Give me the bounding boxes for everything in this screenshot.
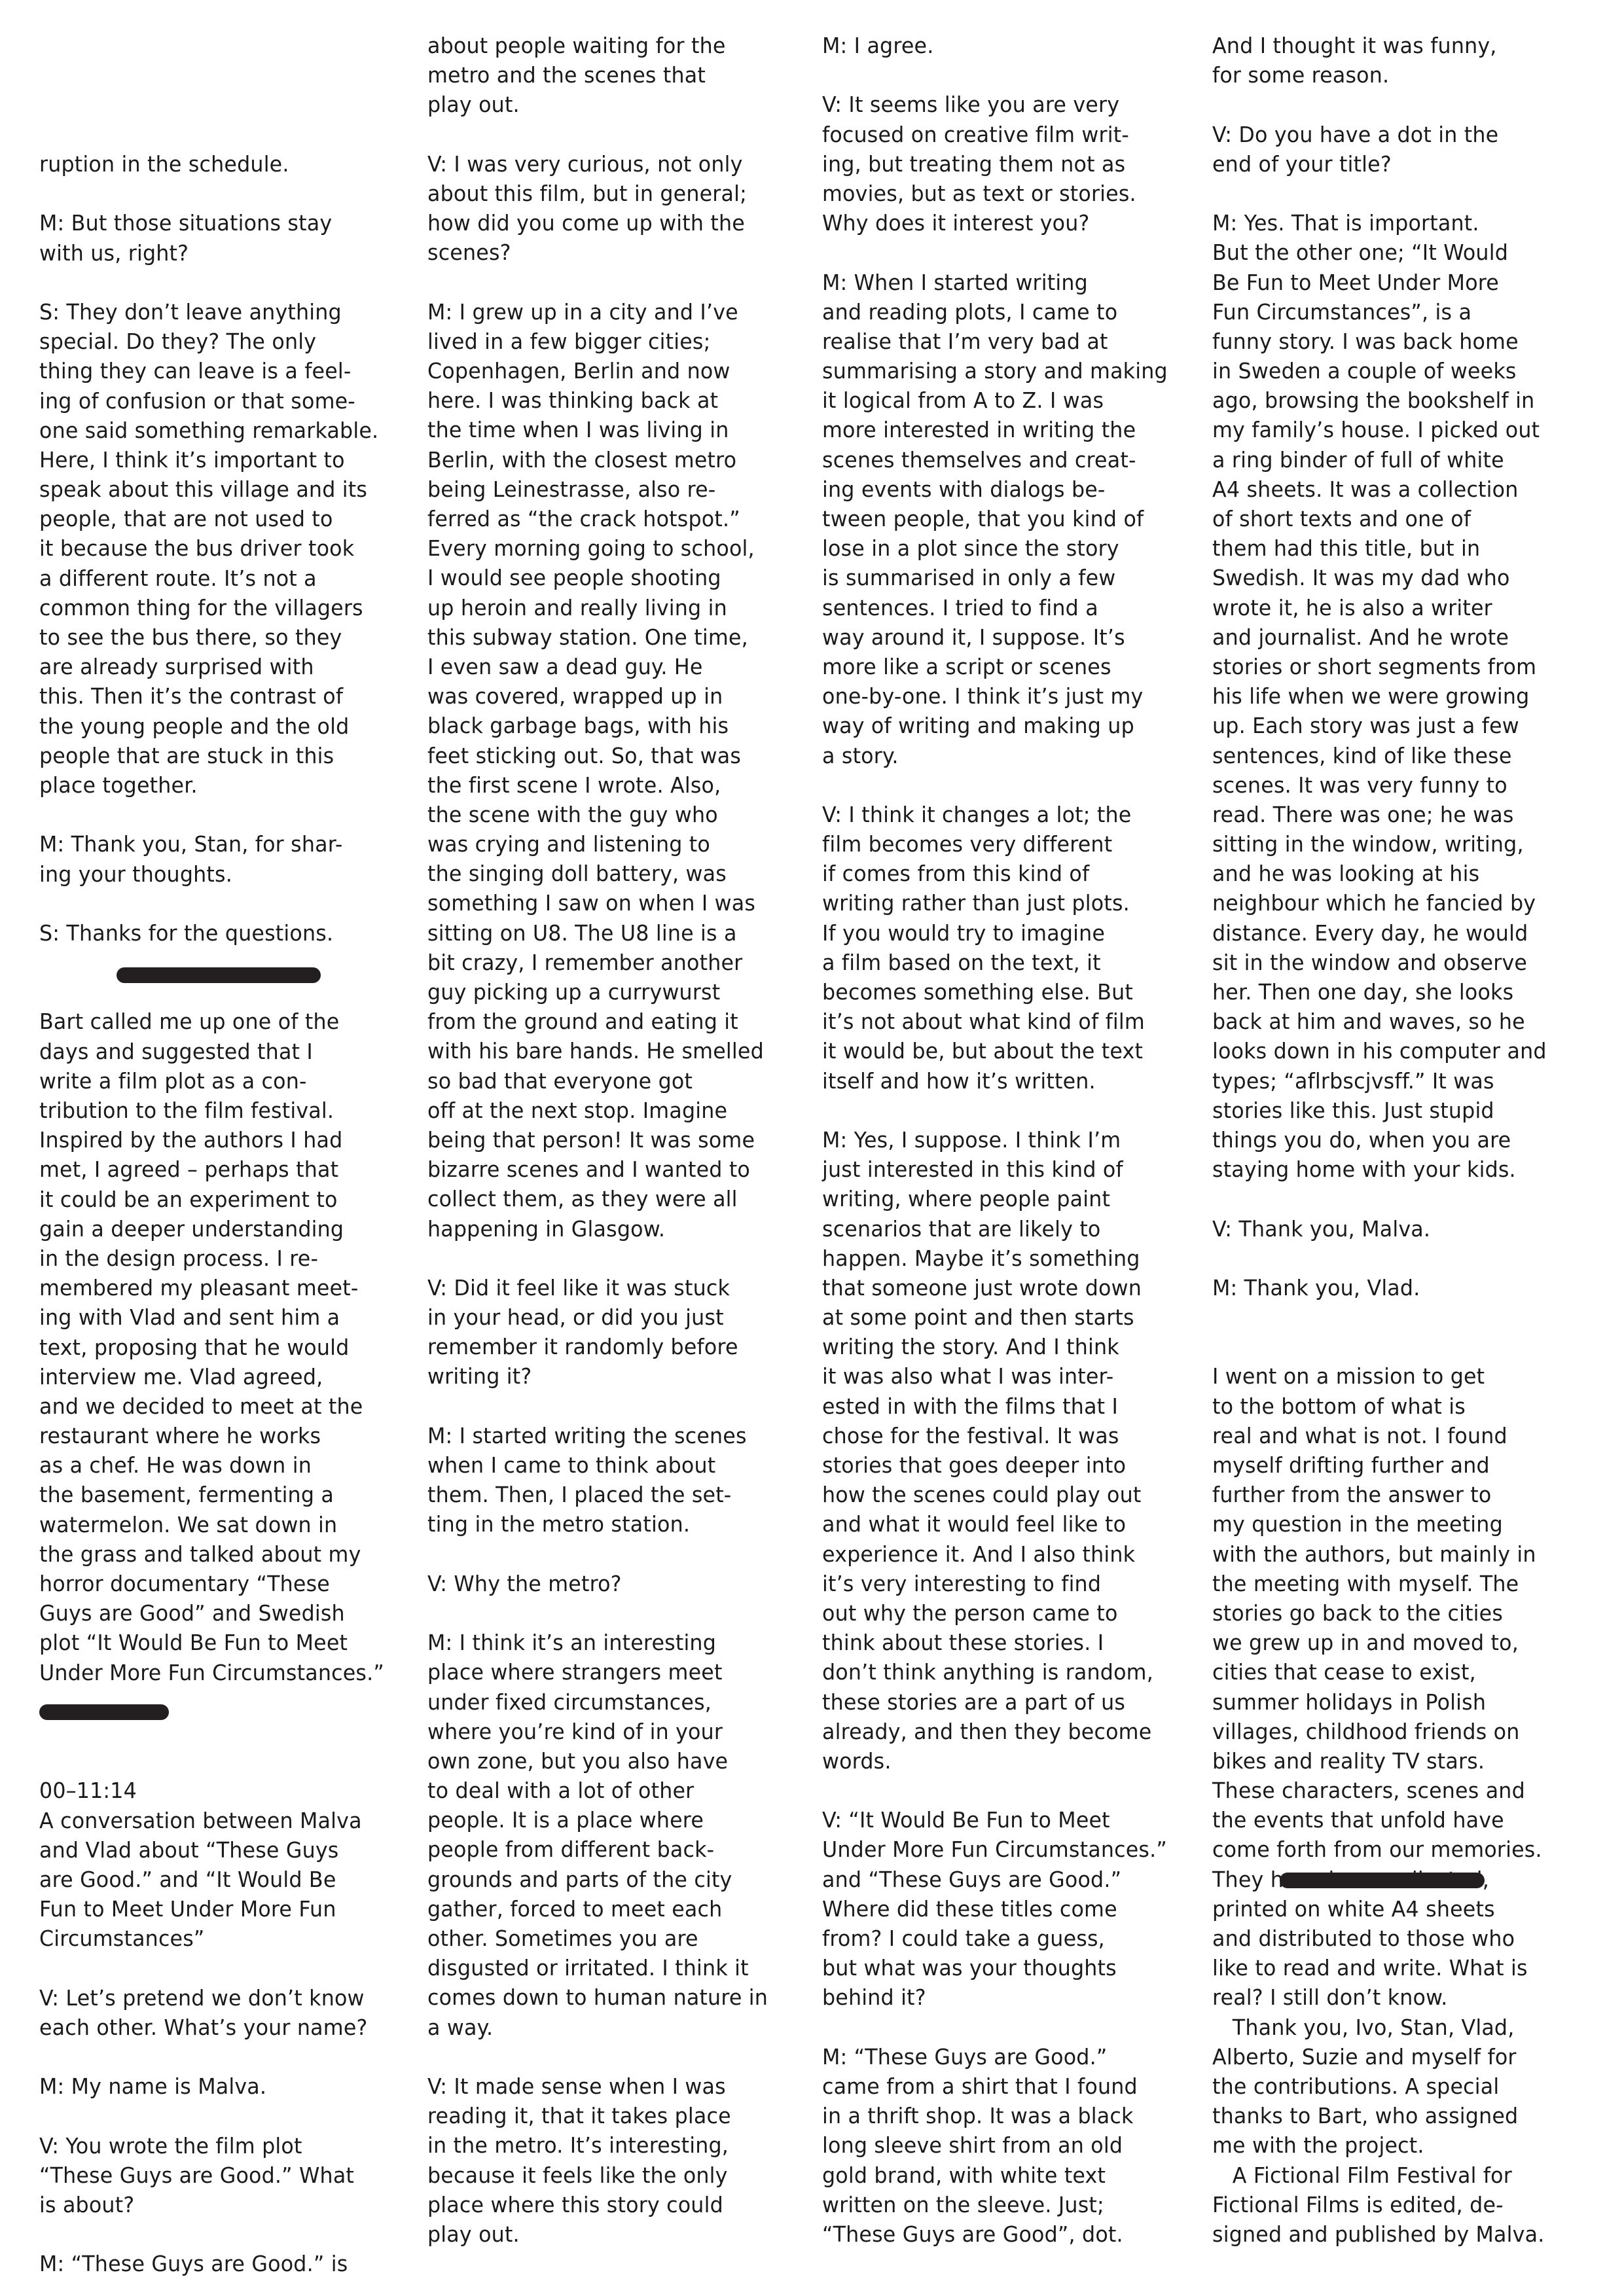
text-line: summer holidays in Polish — [1212, 1687, 1577, 1717]
text-line: happening in Glasgow. — [427, 1214, 792, 1244]
text-line: just interested in this kind of — [822, 1155, 1187, 1184]
blank-line — [1212, 90, 1577, 119]
text-line: realise that I’m very bad at — [822, 327, 1187, 356]
text-line: being Leinestrasse, also re- — [427, 475, 792, 504]
text-line: M: Thank you, Stan, for shar- — [39, 829, 404, 859]
text-line: I went on a mission to get — [1212, 1361, 1577, 1391]
text-line: when I came to think about — [427, 1450, 792, 1480]
text-line: how the scenes could play out — [822, 1480, 1187, 1509]
text-line: “These Guys are Good.” What — [39, 2161, 404, 2190]
section-divider-bar — [117, 967, 321, 983]
text-line: cities that cease to exist, — [1212, 1657, 1577, 1687]
printed-page: ruption in the schedule.M: But those sit… — [0, 0, 1624, 2296]
text-line: reading it, that it takes place — [427, 2101, 792, 2130]
text-line: with the authors, but mainly in — [1212, 1539, 1577, 1569]
text-line: place together. — [39, 770, 404, 800]
text-line: me with the project. — [1212, 2130, 1577, 2160]
text-line: M: I agree. — [822, 31, 1187, 60]
text-line: the basement, fermenting a — [39, 1480, 404, 1509]
section-divider-bar — [1280, 1873, 1485, 1888]
blank-line — [1212, 1244, 1577, 1273]
text-line: in the design process. I re- — [39, 1244, 404, 1273]
text-line: focused on creative film writ- — [822, 120, 1187, 149]
text-line: sit in the window and observe — [1212, 948, 1577, 977]
text-line: to the bottom of what is — [1212, 1391, 1577, 1421]
text-line: gold brand, with white text — [822, 2161, 1187, 2190]
text-line: thing they can leave is a feel- — [39, 356, 404, 386]
blank-line — [427, 268, 792, 297]
text-line: black garbage bags, with his — [427, 711, 792, 740]
text-column-2: about people waiting for themetro and th… — [427, 31, 807, 2249]
text-line: V: Why the metro? — [427, 1569, 792, 1598]
text-line: a way. — [427, 2013, 792, 2042]
text-line: way of writing and making up — [822, 711, 1187, 740]
text-line: at some point and then starts — [822, 1302, 1187, 1332]
text-line: and Vlad about “These Guys — [39, 1835, 404, 1865]
text-line: scenes. It was very funny to — [1212, 770, 1577, 800]
section-divider-bar — [39, 1704, 169, 1720]
text-line: play out. — [427, 90, 792, 119]
text-line: already, and then they become — [822, 1717, 1187, 1746]
text-line: in your head, or did you just — [427, 1302, 792, 1332]
text-line: because it feels like the only — [427, 2161, 792, 2190]
text-line: up. Each story was just a few — [1212, 711, 1577, 740]
text-line: interview me. Vlad agreed, — [39, 1362, 404, 1391]
text-line: Alberto, Suzie and myself for — [1212, 2042, 1577, 2072]
text-line: M: When I started writing — [822, 268, 1187, 297]
text-line: as a chef. He was down in — [39, 1450, 404, 1480]
text-line: with his bare hands. He smelled — [427, 1036, 792, 1066]
text-line: Inspired by the authors I had — [39, 1125, 404, 1155]
text-line: don’t think anything is random, — [822, 1657, 1187, 1687]
text-line: the singing doll battery, was — [427, 859, 792, 888]
text-line: speak about this village and its — [39, 475, 404, 504]
text-line: text, proposing that he would — [39, 1333, 404, 1362]
text-line: a film based on the text, it — [822, 948, 1187, 977]
text-line: a story. — [822, 741, 1187, 770]
text-line: the first scene I wrote. Also, — [427, 770, 792, 800]
text-line: my family’s house. I picked out — [1212, 415, 1577, 444]
text-line: M: I think it’s an interesting — [427, 1628, 792, 1657]
text-line: and reading plots, I came to — [822, 297, 1187, 327]
text-line: scenarios that are likely to — [822, 1214, 1187, 1244]
text-line: “These Guys are Good”, dot. — [822, 2219, 1187, 2249]
text-line: M: But those situations stay — [39, 208, 404, 238]
text-line: gather, forced to meet each — [427, 1894, 792, 1924]
text-line: Every morning going to school, — [427, 533, 792, 563]
text-line: out why the person came to — [822, 1598, 1187, 1628]
text-line: this. Then it’s the contrast of — [39, 681, 404, 711]
text-line: Circumstances” — [39, 1924, 404, 1953]
text-line: her. Then one day, she looks — [1212, 977, 1577, 1007]
text-line: thanks to Bart, who assigned — [1212, 2101, 1577, 2130]
text-line: is summarised in only a few — [822, 563, 1187, 592]
text-line: M: I started writing the scenes — [427, 1421, 792, 1450]
text-line: the grass and talked about my — [39, 1539, 404, 1569]
text-line: so bad that everyone got — [427, 1066, 792, 1096]
text-line: printed on white A4 sheets — [1212, 1894, 1577, 1924]
text-line: M: Yes. That is important. — [1212, 208, 1577, 238]
text-line: bit crazy, I remember another — [427, 948, 792, 977]
text-line: M: “These Guys are Good.” is — [39, 2249, 404, 2278]
text-line: V: “It Would Be Fun to Meet — [822, 1805, 1187, 1835]
text-line: something I saw on when I was — [427, 888, 792, 918]
text-line: S: Thanks for the questions. — [39, 918, 404, 948]
blank-line — [39, 800, 404, 829]
text-line: own zone, but you also have — [427, 1746, 792, 1776]
text-line: writing it? — [427, 1361, 792, 1391]
text-line: M: I grew up in a city and I’ve — [427, 297, 792, 327]
text-line: my question in the meeting — [1212, 1509, 1577, 1539]
text-line: people, that are not used to — [39, 504, 404, 533]
blank-line — [822, 2013, 1187, 2042]
text-line: collect them, as they were all — [427, 1184, 792, 1213]
text-line: off at the next stop. Imagine — [427, 1096, 792, 1125]
text-line: and distributed to those who — [1212, 1924, 1577, 1953]
text-line: to deal with a lot of other — [427, 1776, 792, 1805]
text-line: way around it, I suppose. It’s — [822, 622, 1187, 652]
text-line: wrote it, he is also a writer — [1212, 593, 1577, 622]
text-line: S: They don’t leave anything — [39, 297, 404, 327]
text-line: But the other one; “It Would — [1212, 238, 1577, 267]
text-line: ruption in the schedule. — [39, 149, 404, 179]
text-line: watermelon. We sat down in — [39, 1510, 404, 1539]
text-line: and “These Guys are Good.” — [822, 1865, 1187, 1894]
text-line: bikes and reality TV stars. — [1212, 1746, 1577, 1776]
text-line: lived in a few bigger cities; — [427, 327, 792, 356]
text-line: M: My name is Malva. — [39, 2072, 404, 2101]
text-line: movies, but as text or stories. — [822, 179, 1187, 208]
blank-line — [427, 1598, 792, 1628]
text-line: feet sticking out. So, that was — [427, 741, 792, 770]
text-line: V: Thank you, Malva. — [1212, 1214, 1577, 1244]
text-line: back at him and waves, so he — [1212, 1007, 1577, 1036]
text-line: A conversation between Malva — [39, 1806, 404, 1835]
text-line: think about these stories. I — [822, 1628, 1187, 1657]
text-line: play out. — [427, 2219, 792, 2249]
text-line: ago, browsing the bookshelf in — [1212, 386, 1577, 415]
text-line: real and what is not. I found — [1212, 1421, 1577, 1450]
text-line: stories like this. Just stupid — [1212, 1096, 1577, 1125]
text-line: ting in the metro station. — [427, 1509, 792, 1539]
text-line: came from a shirt that I found — [822, 2072, 1187, 2101]
blank-line — [822, 770, 1187, 800]
text-line: like to read and write. What is — [1212, 1953, 1577, 1982]
text-line: neighbour which he fancied by — [1212, 888, 1577, 918]
text-line: come forth from our memories. — [1212, 1835, 1577, 1864]
text-line: each other. What’s your name? — [39, 2013, 404, 2042]
text-line: V: I think it changes a lot; the — [822, 800, 1187, 829]
text-column-1: ruption in the schedule.M: But those sit… — [39, 149, 419, 2279]
text-line: chose for the festival. It was — [822, 1421, 1187, 1450]
text-line: further from the answer to — [1212, 1480, 1577, 1509]
text-line: a ring binder of full of white — [1212, 445, 1577, 475]
text-line: this subway station. One time, — [427, 622, 792, 652]
text-line: behind it? — [822, 1982, 1187, 2012]
blank-line — [1212, 1184, 1577, 1213]
text-line: it logical from A to Z. I was — [822, 386, 1187, 415]
text-line: Where did these titles come — [822, 1894, 1187, 1924]
text-line: common thing for the villagers — [39, 593, 404, 622]
text-line: sentences, kind of like these — [1212, 741, 1577, 770]
text-line: with us, right? — [39, 238, 404, 268]
text-line: them. Then, I placed the set- — [427, 1480, 792, 1509]
text-line: them had this title, but in — [1212, 533, 1577, 563]
text-line: If you would try to imagine — [822, 918, 1187, 948]
text-line: about this film, but in general; — [427, 179, 792, 208]
text-line: myself drifting further and — [1212, 1450, 1577, 1480]
text-line: the events that unfold have — [1212, 1805, 1577, 1835]
text-line: how did you come up with the — [427, 208, 792, 238]
blank-line — [427, 2042, 792, 2072]
text-line: membered my pleasant meet- — [39, 1273, 404, 1302]
text-line: the time when I was living in — [427, 415, 792, 444]
text-line: V: It made sense when I was — [427, 2072, 792, 2101]
text-line: being that person! It was some — [427, 1125, 792, 1155]
text-line: was crying and listening to — [427, 829, 792, 859]
text-line: ing, but treating them not as — [822, 149, 1187, 179]
blank-line — [1212, 1332, 1577, 1361]
text-line: ing of confusion or that some- — [39, 386, 404, 416]
text-line: experience it. And I also think — [822, 1539, 1187, 1569]
text-line: writing, where people paint — [822, 1184, 1187, 1213]
text-line: up heroin and really living in — [427, 593, 792, 622]
text-line: stories or short segments from — [1212, 652, 1577, 681]
blank-line — [822, 1096, 1187, 1125]
text-line: place where this story could — [427, 2190, 792, 2219]
text-line: scenes? — [427, 238, 792, 267]
text-line: tribution to the film festival. — [39, 1096, 404, 1125]
blank-line — [39, 1717, 404, 1746]
text-line: things you do, when you are — [1212, 1125, 1577, 1155]
text-line: tween people, that you kind of — [822, 504, 1187, 533]
text-line: bizarre scenes and I wanted to — [427, 1155, 792, 1184]
text-line: special. Do they? The only — [39, 327, 404, 356]
text-line: real? I still don’t know. — [1212, 1982, 1577, 2012]
text-line: it was also what I was inter- — [822, 1361, 1187, 1391]
text-line: metro and the scenes that — [427, 60, 792, 90]
text-line: it’s not about what kind of film — [822, 1007, 1187, 1036]
text-line: met, I agreed – perhaps that — [39, 1155, 404, 1184]
text-line: A Fictional Film Festival for — [1212, 2161, 1577, 2190]
text-line: grounds and parts of the city — [427, 1865, 792, 1894]
text-line: Why does it interest you? — [822, 208, 1187, 238]
text-line: Fictional Films is edited, de- — [1212, 2190, 1577, 2219]
text-line: write a film plot as a con- — [39, 1066, 404, 1096]
text-line: the young people and the old — [39, 711, 404, 741]
text-line: V: You wrote the film plot — [39, 2131, 404, 2161]
text-line: scenes themselves and creat- — [822, 445, 1187, 475]
blank-line — [427, 1539, 792, 1569]
blank-line — [39, 268, 404, 297]
text-line: and what it would feel like to — [822, 1509, 1187, 1539]
text-line: in a thrift shop. It was a black — [822, 2101, 1187, 2130]
text-line: in Sweden a couple of weeks — [1212, 356, 1577, 386]
text-line: of short texts and one of — [1212, 504, 1577, 533]
blank-line — [427, 1244, 792, 1273]
text-line: stories go back to the cities — [1212, 1598, 1577, 1628]
text-line: plot “It Would Be Fun to Meet — [39, 1628, 404, 1657]
text-line: A4 sheets. It was a collection — [1212, 475, 1577, 504]
text-line: V: It seems like you are very — [822, 90, 1187, 119]
text-line: sitting on U8. The U8 line is a — [427, 918, 792, 948]
text-line: horror documentary “These — [39, 1569, 404, 1598]
text-line: read. There was one; he was — [1212, 800, 1577, 829]
text-line: These characters, scenes and — [1212, 1776, 1577, 1805]
text-line: long sleeve shirt from an old — [822, 2130, 1187, 2160]
text-line: stories that goes deeper into — [822, 1450, 1187, 1480]
text-line: villages, childhood friends on — [1212, 1717, 1577, 1746]
text-line: writing the story. And I think — [822, 1332, 1187, 1361]
text-column-4: And I thought it was funny,for some reas… — [1212, 31, 1592, 2249]
text-line: types; “aflrbscjvsff.” It was — [1212, 1066, 1577, 1096]
blank-line — [39, 889, 404, 918]
text-line: to see the bus there, so they — [39, 622, 404, 652]
text-line: guy picking up a currywurst — [427, 977, 792, 1007]
text-line: and journalist. And he wrote — [1212, 622, 1577, 652]
text-line: signed and published by Malva. — [1212, 2219, 1577, 2249]
text-line: Under More Fun Circumstances.” — [39, 1658, 404, 1687]
blank-line — [39, 179, 404, 208]
text-line: remember it randomly before — [427, 1332, 792, 1361]
text-line: more interested in writing the — [822, 415, 1187, 444]
text-line: M: Yes, I suppose. I think I’m — [822, 1125, 1187, 1155]
text-line: words. — [822, 1746, 1187, 1776]
text-line: Swedish. It was my dad who — [1212, 563, 1577, 592]
text-line: people that are stuck in this — [39, 741, 404, 770]
text-line: summarising a story and making — [822, 356, 1187, 386]
text-line: Thank you, Ivo, Stan, Vlad, — [1212, 2013, 1577, 2042]
text-line: here. I was thinking back at — [427, 386, 792, 415]
text-line: are already surprised with — [39, 652, 404, 681]
text-line: that someone just wrote down — [822, 1273, 1187, 1302]
text-line: from? I could take a guess, — [822, 1924, 1187, 1953]
text-line: from the ground and eating it — [427, 1007, 792, 1036]
text-line: ested in with the films that I — [822, 1391, 1187, 1421]
text-line: about people waiting for the — [427, 31, 792, 60]
text-line: the scene with the guy who — [427, 800, 792, 829]
blank-line — [39, 1746, 404, 1776]
blank-line — [822, 1776, 1187, 1805]
text-line: under fixed circumstances, — [427, 1687, 792, 1717]
text-line: gain a deeper understanding — [39, 1214, 404, 1244]
text-line: ferred as “the crack hotspot.” — [427, 504, 792, 533]
text-line: and we decided to meet at the — [39, 1391, 404, 1421]
text-line: the contributions. A special — [1212, 2072, 1577, 2101]
text-line: it because the bus driver took — [39, 533, 404, 563]
text-line: we grew up in and moved to, — [1212, 1628, 1577, 1657]
text-line: Here, I think it’s important to — [39, 445, 404, 475]
blank-line — [39, 2042, 404, 2072]
text-line: place where strangers meet — [427, 1657, 792, 1687]
blank-line — [427, 1391, 792, 1421]
text-line: sentences. I tried to find a — [822, 593, 1187, 622]
text-line: film becomes very different — [822, 829, 1187, 859]
text-line: 00–11:14 — [39, 1776, 404, 1805]
text-line: other. Sometimes you are — [427, 1924, 792, 1953]
text-line: but what was your thoughts — [822, 1953, 1187, 1982]
text-line: Guys are Good” and Swedish — [39, 1598, 404, 1628]
blank-line — [427, 120, 792, 149]
text-line: was covered, wrapped up in — [427, 681, 792, 711]
blank-line — [822, 60, 1187, 90]
text-line: Copenhagen, Berlin and now — [427, 356, 792, 386]
text-line: one said something remarkable. — [39, 416, 404, 445]
blank-line — [1212, 179, 1577, 208]
text-line: Fun Circumstances”, is a — [1212, 297, 1577, 327]
blank-line — [39, 2219, 404, 2249]
text-line: one-by-one. I think it’s just my — [822, 681, 1187, 711]
blank-line — [822, 238, 1187, 267]
text-line: if comes from this kind of — [822, 859, 1187, 888]
text-line: it could be an experiment to — [39, 1185, 404, 1214]
text-line: people from different back- — [427, 1835, 792, 1864]
text-line: itself and how it’s written. — [822, 1066, 1187, 1096]
text-line: more like a script or scenes — [822, 652, 1187, 681]
text-line: V: Did it feel like it was stuck — [427, 1273, 792, 1302]
text-line: lose in a plot since the story — [822, 533, 1187, 563]
text-line: Berlin, with the closest metro — [427, 445, 792, 475]
text-line: end of your title? — [1212, 149, 1577, 179]
text-line: is about? — [39, 2190, 404, 2219]
text-line: I even saw a dead guy. He — [427, 652, 792, 681]
text-line: in the metro. It’s interesting, — [427, 2130, 792, 2160]
text-column-3: M: I agree.V: It seems like you are very… — [822, 31, 1202, 2249]
text-line: it’s very interesting to find — [822, 1569, 1187, 1598]
text-line: Fun to Meet Under More Fun — [39, 1894, 404, 1924]
text-line: the meeting with myself. The — [1212, 1569, 1577, 1598]
text-line: writing rather than just plots. — [822, 888, 1187, 918]
blank-line — [39, 2101, 404, 2130]
text-line: distance. Every day, he would — [1212, 918, 1577, 948]
text-line: disgusted or irritated. I think it — [427, 1953, 792, 1982]
text-line: becomes something else. But — [822, 977, 1187, 1007]
text-line: these stories are a part of us — [822, 1687, 1187, 1717]
text-line: M: “These Guys are Good.” — [822, 2042, 1187, 2072]
text-line: ing your thoughts. — [39, 859, 404, 889]
text-line: sitting in the window, writing, — [1212, 829, 1577, 859]
text-line: V: I was very curious, not only — [427, 149, 792, 179]
text-line: M: Thank you, Vlad. — [1212, 1273, 1577, 1302]
text-line: are Good.” and “It Would Be — [39, 1865, 404, 1894]
text-line: written on the sleeve. Just; — [822, 2190, 1187, 2219]
text-line: restaurant where he works — [39, 1421, 404, 1450]
text-line: looks down in his computer and — [1212, 1036, 1577, 1066]
text-line: happen. Maybe it’s something — [822, 1244, 1187, 1273]
text-line: funny story. I was back home — [1212, 327, 1577, 356]
text-line: his life when we were growing — [1212, 681, 1577, 711]
text-line: for some reason. — [1212, 60, 1577, 90]
text-line: it would be, but about the text — [822, 1036, 1187, 1066]
blank-line — [39, 1953, 404, 1982]
text-line: V: Do you have a dot in the — [1212, 120, 1577, 149]
text-line: comes down to human nature in — [427, 1982, 792, 2012]
text-line: Bart called me up one of the — [39, 1007, 404, 1036]
text-line: Be Fun to Meet Under More — [1212, 268, 1577, 297]
text-line: ing with Vlad and sent him a — [39, 1302, 404, 1332]
text-line: ing events with dialogs be- — [822, 475, 1187, 504]
text-line: days and suggested that I — [39, 1037, 404, 1066]
text-line: and he was looking at his — [1212, 859, 1577, 888]
text-line: Under More Fun Circumstances.” — [822, 1835, 1187, 1864]
text-line: And I thought it was funny, — [1212, 31, 1577, 60]
text-line: staying home with your kids. — [1212, 1155, 1577, 1184]
text-line: a different route. It’s not a — [39, 564, 404, 593]
text-line: people. It is a place where — [427, 1805, 792, 1835]
blank-line — [1212, 1302, 1577, 1332]
text-line: where you’re kind of in your — [427, 1717, 792, 1746]
text-line: I would see people shooting — [427, 563, 792, 592]
